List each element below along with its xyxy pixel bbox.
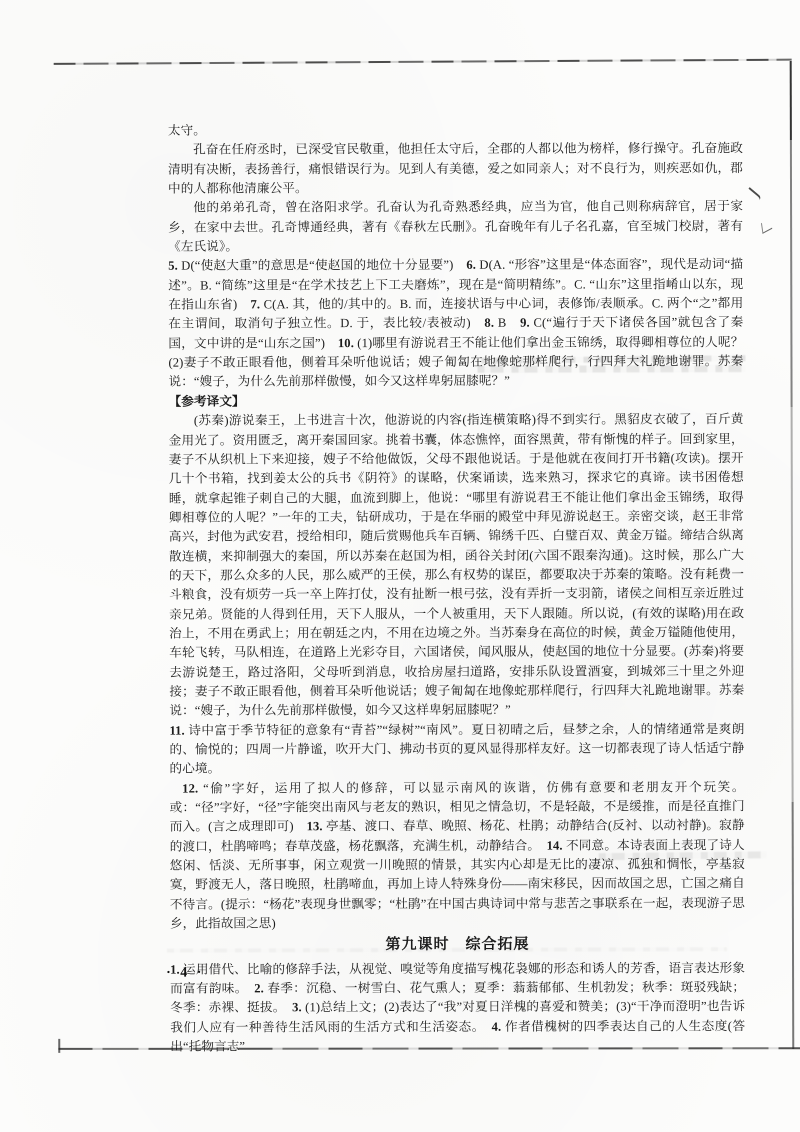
scan-edge-left-tick <box>58 1039 60 1053</box>
scan-edge-right <box>790 61 795 1049</box>
pen-squiggle-mark <box>761 218 772 234</box>
document-text: 太守。孔奋在任府丞时，已深受官民敬重，他担任太守后，全郡的人都以他为榜样，修行操… <box>168 120 745 1057</box>
paragraph: 12. “偷”字好，运用了拟人的修辞，可以显示南风的诙谐，仿佛有意要和老朋友开个… <box>170 778 745 934</box>
paragraph: 孔奋在任府丞时，已深受官民敬重，他担任太守后，全郡的人都以他为榜样，修行操守。孔… <box>168 139 743 199</box>
reference-translation-label: 【参考译文】 <box>169 391 744 412</box>
paragraph: (苏秦)游说秦王，上书进言十次，他游说的内容(指连横策略)得不到实行。黑貂皮衣破… <box>169 410 745 721</box>
paragraph: 1. 运用借代、比喻的修辞手法，从视觉、嗅觉等角度描写槐花袅娜的形态和诱人的芳香… <box>170 959 745 1057</box>
scan-edge-top <box>54 59 792 65</box>
scanned-sheet: 太守。孔奋在任府丞时，已深受官民敬重，他担任太守后，全郡的人都以他为榜样，修行操… <box>0 0 800 1132</box>
paragraph: 11. 诗中富于季节特征的意象有“青苔”“绿树”“南风”。夏日初晴之后，昼梦之余… <box>169 720 744 780</box>
section-heading: 第九课时 综合拓展 <box>170 933 745 961</box>
page-number: · 4 · <box>166 966 204 982</box>
paragraph: 他的弟弟孔奇，曾在洛阳求学。孔奋认为孔奇熟悉经典，应当为官，他自己则称病辞官，居… <box>168 197 743 257</box>
paragraph: 太守。 <box>168 120 743 141</box>
paragraph: 5. D(“使赵大重”的意思是“使赵国的地位十分显要”) 6. D(A. “形容… <box>168 256 743 393</box>
